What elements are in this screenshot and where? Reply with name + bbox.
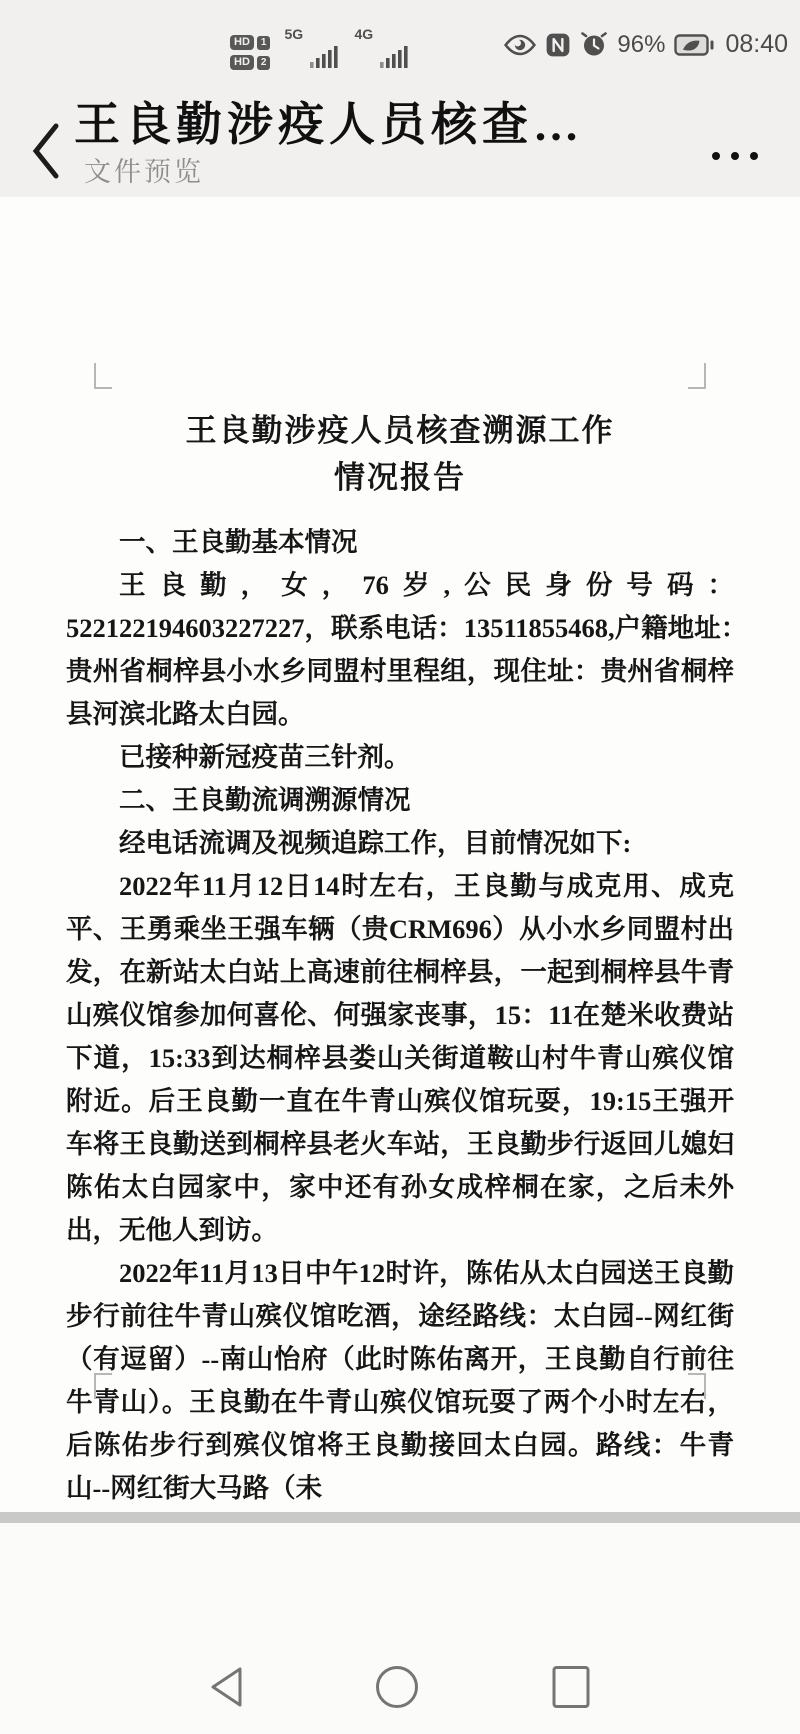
back-chevron-icon (28, 120, 62, 182)
doc-paragraph: 王良勤，女，76岁,公民身份号码：522122194603227227，联系电话… (66, 564, 734, 736)
more-menu-button[interactable] (706, 146, 764, 166)
status-time: 08:40 (725, 30, 788, 59)
battery-percent: 96% (617, 31, 665, 59)
signal-4g: 4G (354, 26, 410, 70)
phone-screen: HD 1 HD 2 5G 4G (0, 0, 800, 1734)
signal-bars-icon (380, 42, 408, 68)
page-title: 王良勤涉疫人员核查… (74, 88, 584, 154)
signal-bars-icon (310, 42, 338, 68)
page-margin-mark-top-right (688, 363, 706, 389)
nav-home-button[interactable] (374, 1664, 420, 1710)
home-circle-icon (374, 1664, 420, 1710)
sim1-index-badge: 1 (257, 36, 271, 50)
sim2-index-badge: 2 (257, 56, 271, 70)
android-nav-bar (0, 1640, 800, 1734)
hd-icon: HD (230, 55, 254, 70)
page-break-divider (0, 1512, 800, 1523)
document-body: 一、王良勤基本情况王良勤，女，76岁,公民身份号码：52212219460322… (0, 521, 800, 1510)
page-margin-mark-bottom-left (94, 1373, 112, 1399)
nav-back-button[interactable] (208, 1664, 244, 1710)
document-title: 王良勤涉疫人员核查溯源工作 情况报告 (0, 197, 800, 501)
network-type-label: 5G (284, 26, 303, 42)
sim2-row: HD 2 (230, 55, 270, 70)
status-bar-left: HD 1 HD 2 5G 4G (230, 26, 410, 70)
status-bar-right: 96% 08:40 (504, 30, 788, 59)
page-subtitle: 文件预览 (84, 150, 204, 189)
doc-paragraph: 经电话流调及视频追踪工作，目前情况如下: (66, 822, 734, 865)
back-triangle-icon (208, 1664, 244, 1710)
document-preview[interactable]: 王良勤涉疫人员核查溯源工作 情况报告 一、王良勤基本情况王良勤，女，76岁,公民… (0, 197, 800, 1512)
doc-paragraph: 2022年11月12日14时左右，王良勤与成克用、成克平、王勇乘坐王强车辆（贵C… (66, 865, 734, 1252)
doc-paragraph: 2022年11月13日中午12时许，陈佑从太白园送王良勤步行前往牛青山殡仪馆吃酒… (66, 1252, 734, 1510)
document-title-line1: 王良勤涉疫人员核查溯源工作 (186, 413, 615, 448)
signal-5g: 5G (284, 26, 340, 70)
battery-saver-icon (674, 34, 714, 56)
nav-recents-button[interactable] (550, 1664, 592, 1710)
dot-icon (750, 152, 758, 160)
document-title-line2: 情况报告 (334, 460, 466, 495)
network-type-label: 4G (354, 26, 373, 42)
alarm-icon (580, 31, 608, 58)
doc-paragraph: 已接种新冠疫苗三针剂。 (66, 736, 734, 779)
top-chrome: HD 1 HD 2 5G 4G (0, 0, 800, 197)
recents-square-icon (550, 1664, 592, 1710)
eye-comfort-icon (504, 33, 536, 57)
hd-icon: HD (230, 35, 254, 50)
doc-paragraph: 一、王良勤基本情况 (66, 521, 734, 564)
doc-paragraph: 二、王良勤流调溯源情况 (66, 779, 734, 822)
dot-icon (712, 152, 720, 160)
back-button[interactable] (28, 120, 62, 182)
page-margin-mark-top-left (94, 363, 112, 389)
volte-hd-badges: HD 1 HD 2 (230, 35, 270, 70)
nfc-icon (545, 32, 571, 58)
sim1-row: HD 1 (230, 35, 270, 50)
dot-icon (731, 152, 739, 160)
page-margin-mark-bottom-right (688, 1373, 706, 1399)
